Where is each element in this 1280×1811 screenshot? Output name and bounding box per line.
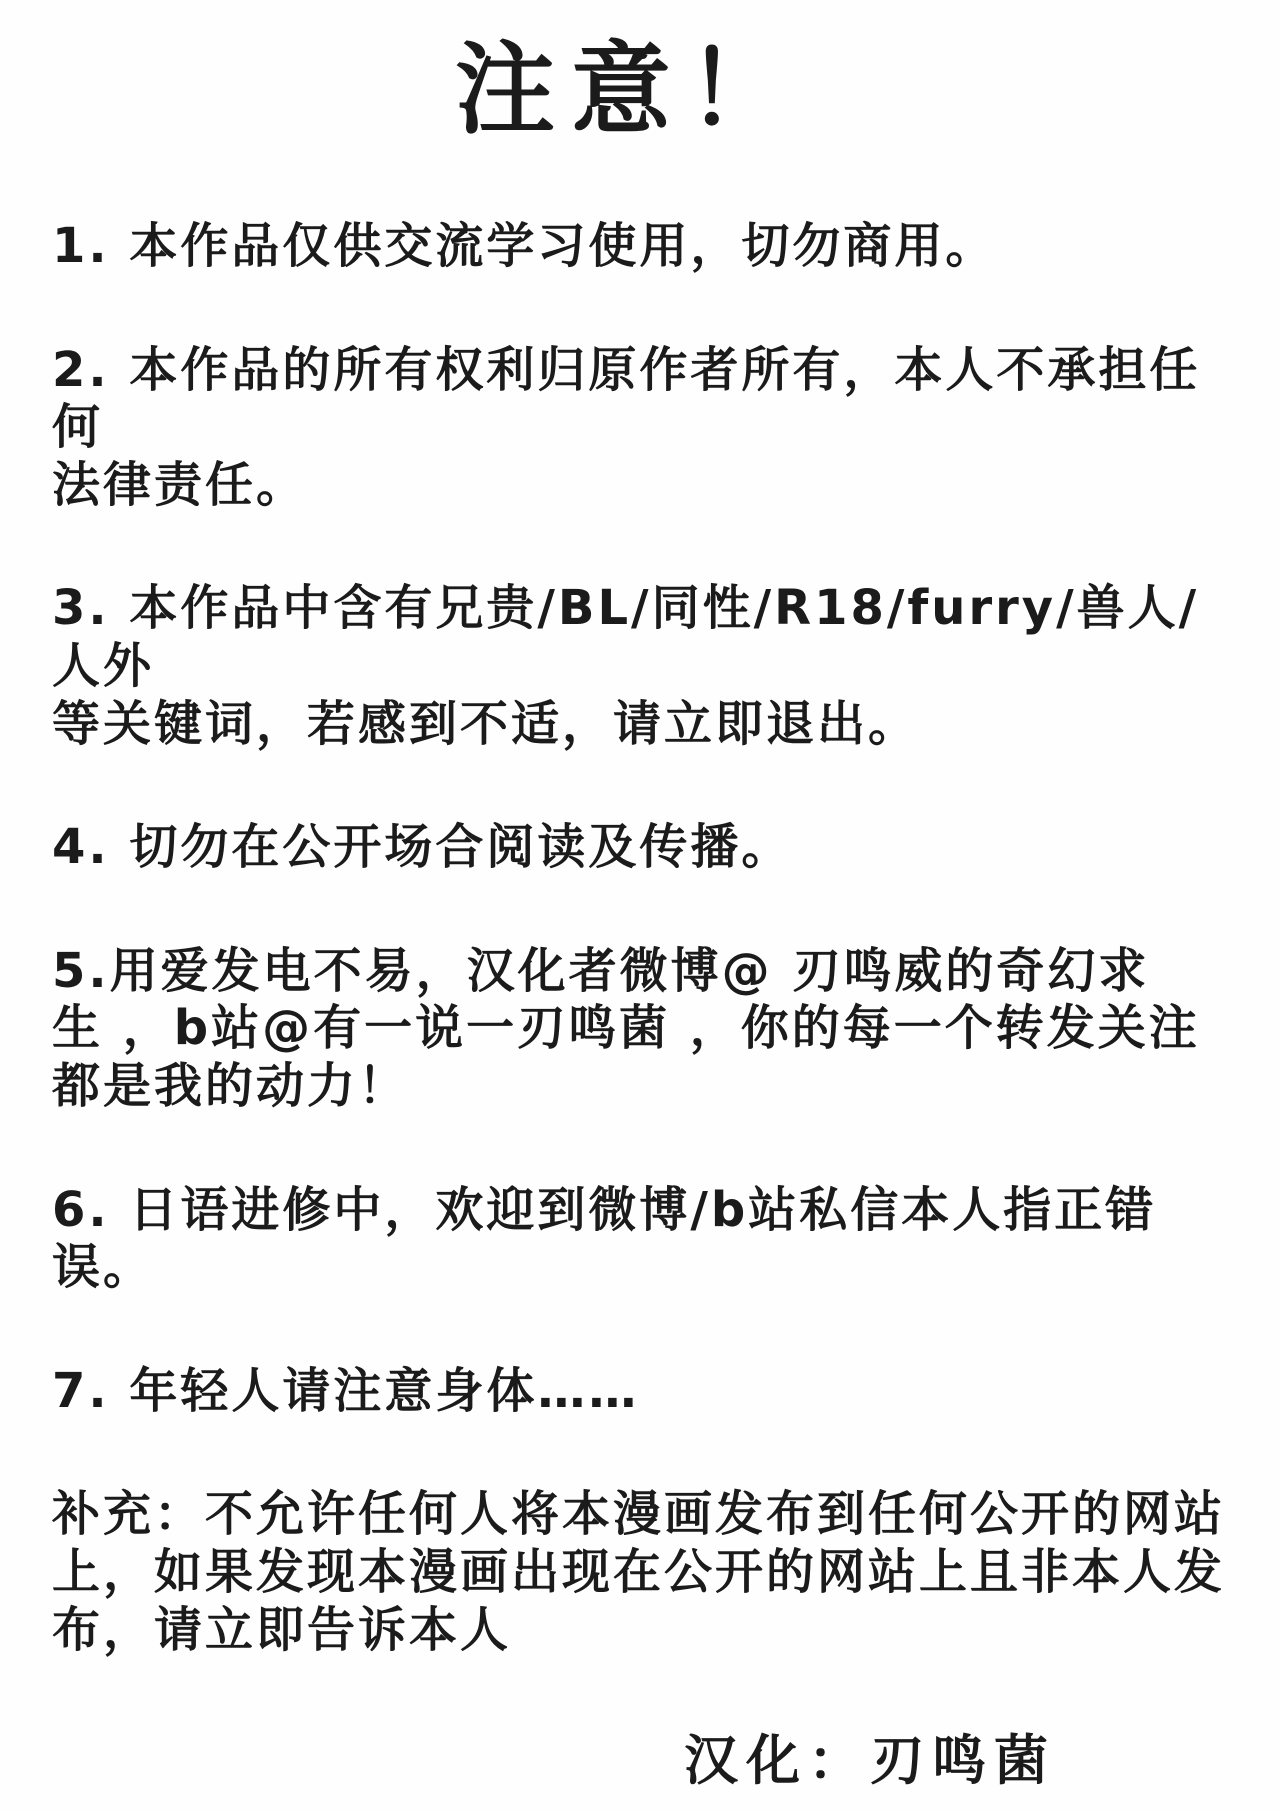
page-title: 注意！ [52,34,1206,146]
notice-item-4: 4. 切勿在公开场合阅读及传播。 [52,819,1246,877]
notice-supplement: 补充：不允许任何人将本漫画发布到任何公开的网站 上，如果发现本漫画出现在公开的网… [52,1486,1246,1659]
notice-item-7: 7. 年轻人请注意身体…… [52,1363,1246,1421]
translator-credit: 汉化：刃鸣菌 [52,1731,1246,1790]
notice-item-2: 2. 本作品的所有权利归原作者所有，本人不承担任何 法律责任。 [52,342,1246,515]
notice-item-6: 6. 日语进修中，欢迎到微博/b站私信本人指正错误。 [52,1182,1246,1297]
notice-page: 注意！ 1. 本作品仅供交流学习使用，切勿商用。 2. 本作品的所有权利归原作者… [0,0,1280,1811]
notice-item-5: 5.用爱发电不易，汉化者微博@ 刃鸣威的奇幻求 生 ，b站@有一说一刃鸣菌 ，你… [52,943,1246,1116]
notice-item-3: 3. 本作品中含有兄贵/BL/同性/R18/furry/兽人/人外 等关键词，若… [52,580,1246,753]
notice-item-1: 1. 本作品仅供交流学习使用，切勿商用。 [52,218,1246,276]
